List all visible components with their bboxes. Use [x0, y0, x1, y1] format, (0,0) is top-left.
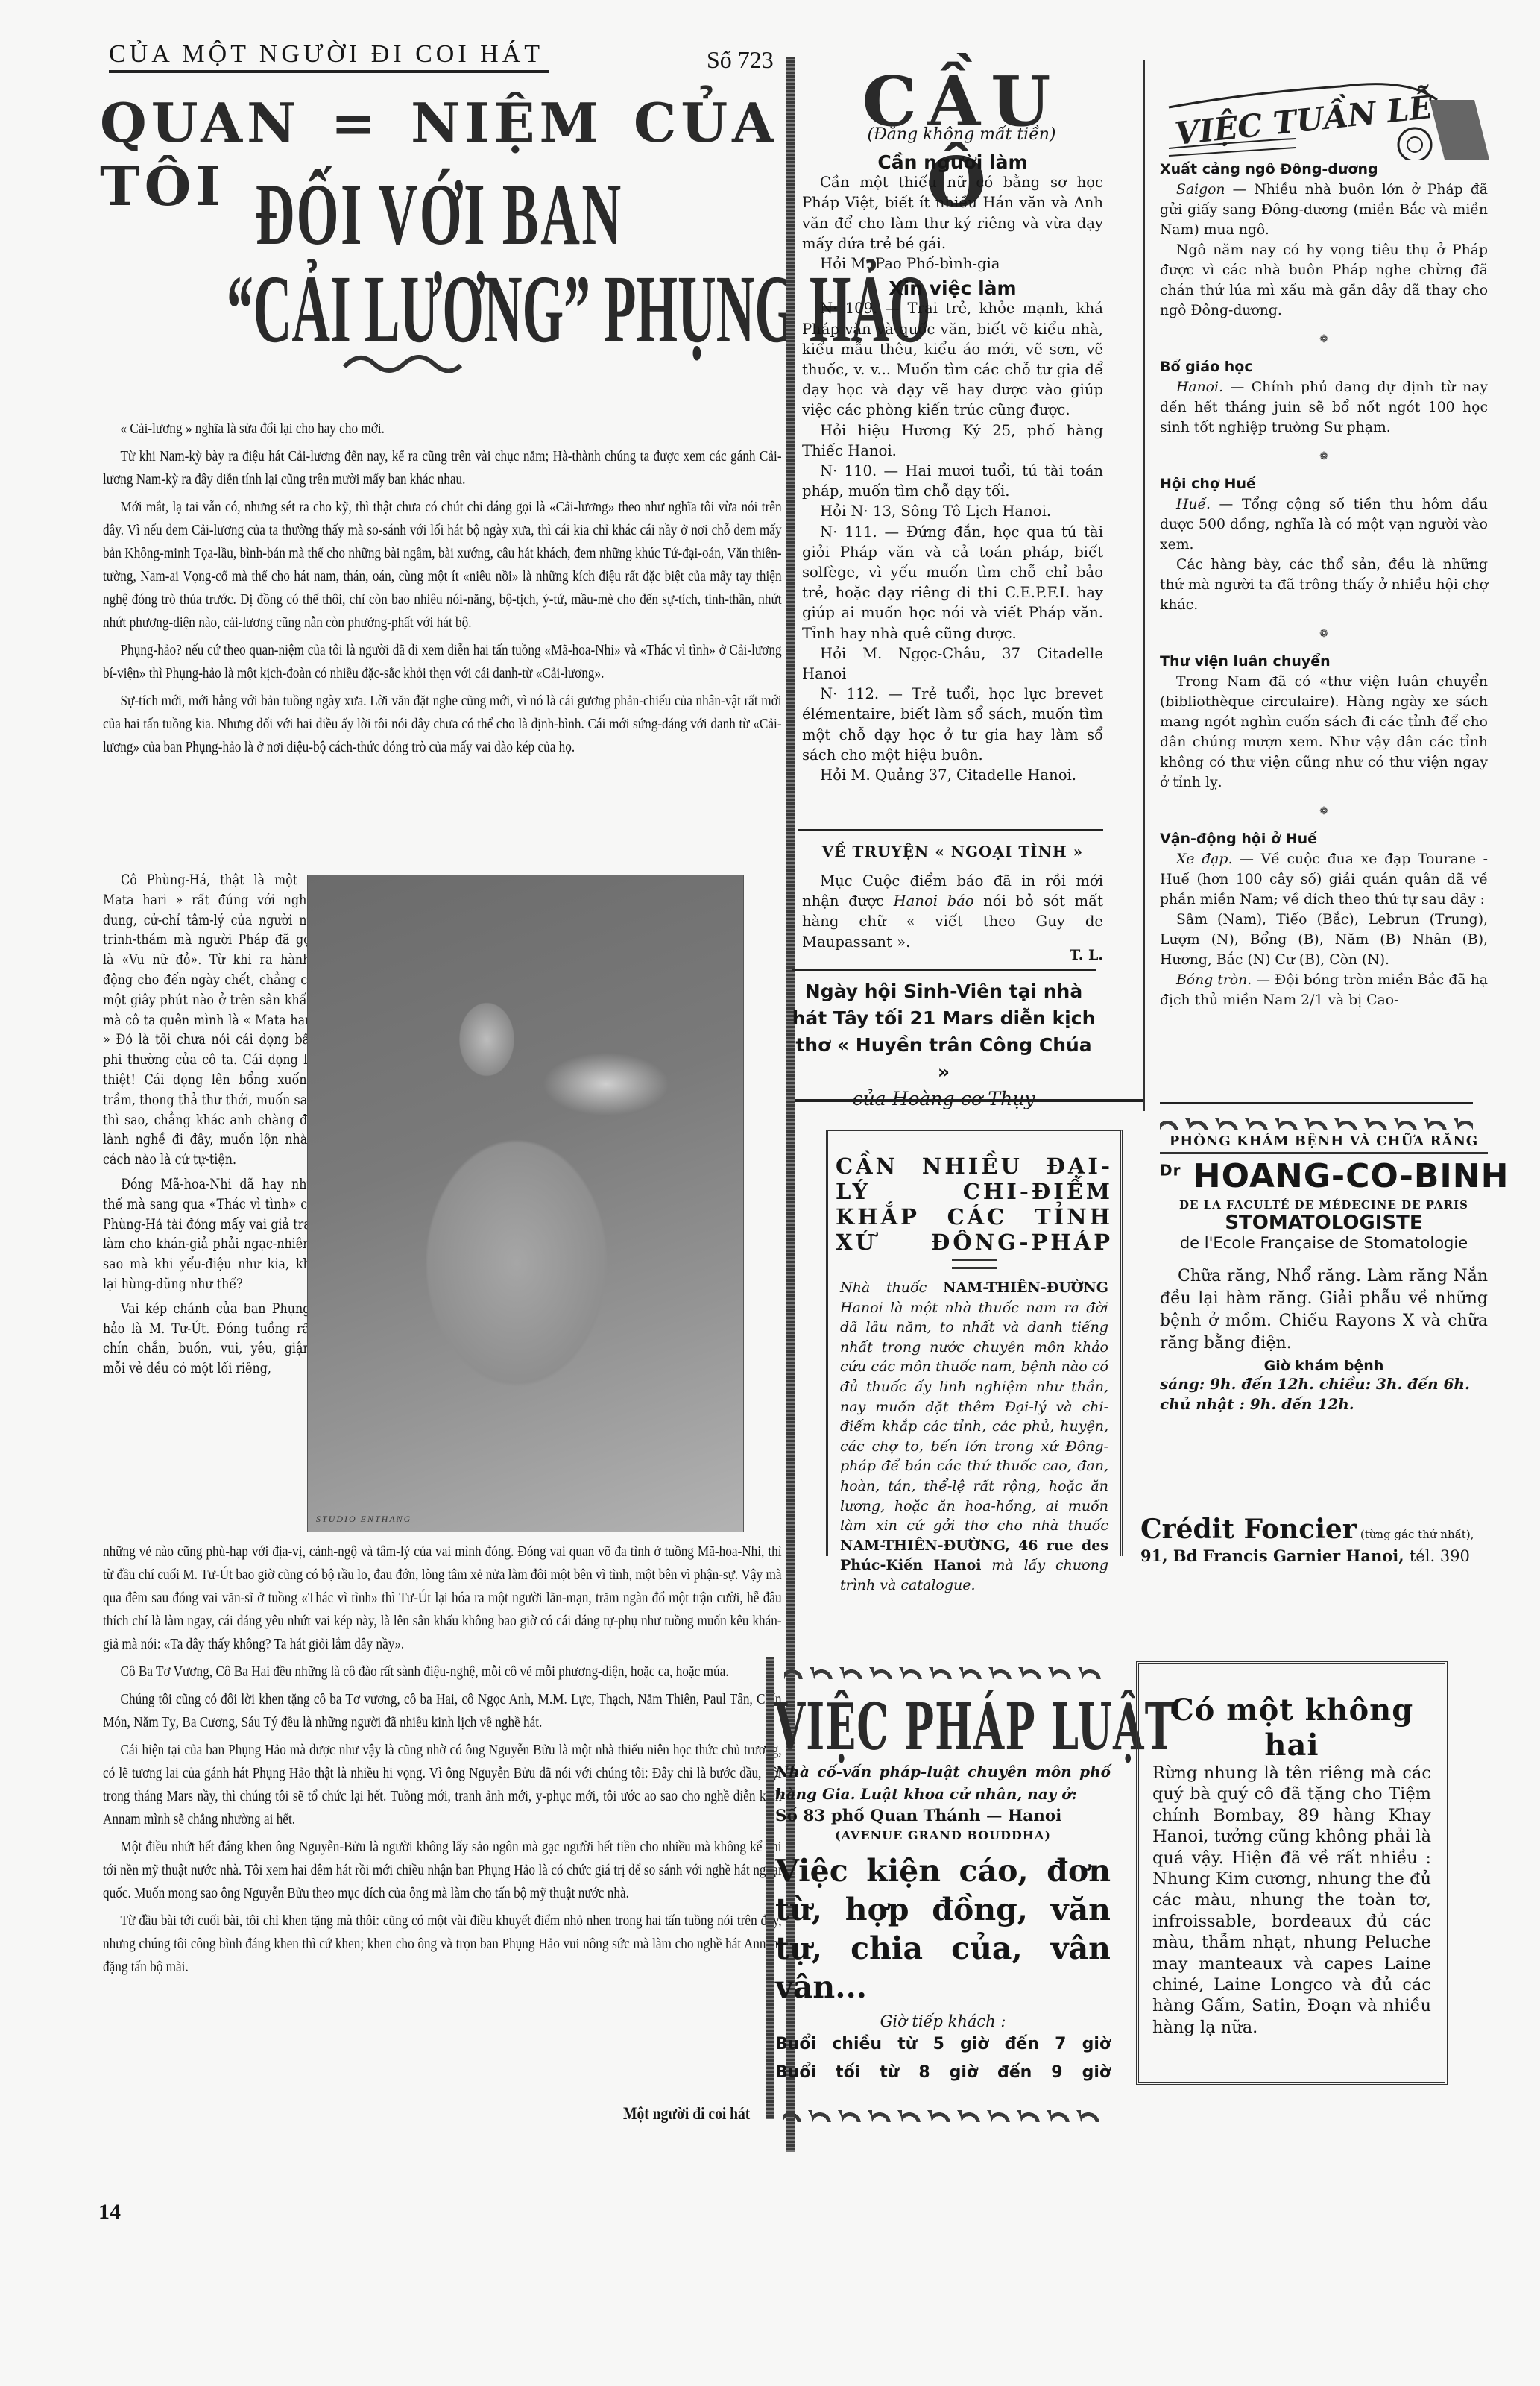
- paragraph: Mới mắt, lạ tai vẫn có, nhưng sét ra cho…: [103, 496, 782, 635]
- classified-item: N· 112. — Trẻ tuổi, học lực brevet éléme…: [802, 684, 1103, 765]
- classified-contact: Hỏi M. Pao Phố-bình-gia: [802, 254, 1103, 274]
- running-head: CỦA MỘT NGƯỜI ĐI COI HÁT: [109, 40, 549, 73]
- news-column: Xuất cảng ngô Đông-dương Saigon — Nhiều …: [1160, 160, 1488, 1010]
- classified-item: N· 111. — Đứng đắn, học qua tú tài giỏi …: [802, 522, 1103, 643]
- doctor-name-text: HOANG-CO-BINH: [1193, 1157, 1509, 1195]
- news-text: Các hàng bày, các thổ sản, đều là những …: [1160, 555, 1488, 615]
- classified-item: N· 109. — Trai trẻ, khỏe mạnh, khá Pháp …: [802, 298, 1103, 420]
- ngay-hoi-text: Ngày hội Sinh-Viên tại nhà hát Tây tối 2…: [792, 978, 1096, 1086]
- headline-line-2: ĐỐI VỚI BAN: [229, 164, 649, 265]
- ngay-hoi-notice: Ngày hội Sinh-Viên tại nhà hát Tây tối 2…: [792, 978, 1096, 1112]
- article-intro: « Cải-lương » nghĩa là sửa đổi lại cho h…: [103, 418, 782, 764]
- ad-border-left: [766, 1657, 774, 2119]
- paragraph: Chúng tôi cũng có đôi lời khen tặng cô b…: [103, 1688, 782, 1734]
- paragraph: « Cải-lương » nghĩa là sửa đổi lại cho h…: [103, 418, 782, 441]
- news-text: Bóng tròn. — Đội bóng tròn miền Bắc đã h…: [1160, 970, 1488, 1010]
- cau-o-subtitle: (Đăng không mất tiền): [835, 125, 1088, 144]
- ad-hours-line: Buổi tối từ 8 giờ đến 9 giờ: [775, 2059, 1111, 2087]
- telephone: tél. 390: [1410, 1547, 1470, 1565]
- wavy-border-bottom: [783, 2110, 1099, 2122]
- paragraph: những vẻ nào cũng phù-hạp với địa-vị, cả…: [103, 1540, 782, 1656]
- bank-note: (từng gác thứ nhất),: [1360, 1528, 1474, 1541]
- bombay-shop-ad: Có một không hai Rừng nhung là tên riêng…: [1136, 1661, 1448, 2085]
- ad-pre-title: PHÒNG KHÁM BỆNH VÀ CHỮA RĂNG: [1160, 1133, 1488, 1154]
- ad-body: Rừng nhung là tên riêng mà các quý bà qu…: [1152, 1763, 1431, 2038]
- news-heading: Hội chợ Huế: [1160, 474, 1488, 494]
- ad-hours-heading: Giờ tiếp khách :: [775, 2012, 1111, 2030]
- classifieds: Cần người làm Cần một thiếu nữ có bằng s…: [802, 152, 1103, 785]
- school: de l'Ecole Française de Stomatologie: [1160, 1234, 1488, 1252]
- news-heading: Xuất cảng ngô Đông-dương: [1160, 160, 1488, 180]
- column-divider: [1143, 60, 1145, 1111]
- phap-luat-ad: VIỆC PHÁP LUẬT Nhà cố-vấn pháp-luật chuy…: [775, 1670, 1111, 2087]
- paragraph: Vai kép chánh của ban Phụng-hảo là M. Tư…: [103, 1300, 315, 1379]
- news-text: Hanoi. — Chính phủ đang dự định từ nay đ…: [1160, 377, 1488, 438]
- banner-text: VIỆC TUẦN LỄ: [1173, 84, 1435, 152]
- divider: [792, 969, 1096, 971]
- viec-tuan-le-banner: VIỆC TUẦN LỄ: [1161, 70, 1512, 160]
- news-text: Ngô năm nay có hy vọng tiêu thụ ở Pháp đ…: [1160, 240, 1488, 321]
- ad-address: Số 83 phố Quan Thánh — Hanoi: [775, 1807, 1111, 1825]
- ad-intro: Nhà cố-vấn pháp-luật chuyên môn phố hàng…: [775, 1760, 1111, 1805]
- issue-number: Số 723: [707, 46, 774, 74]
- page-number: 14: [98, 2200, 121, 2225]
- credit-foncier-address: Crédit Foncier (từng gác thứ nhất), 91, …: [1140, 1514, 1498, 1565]
- paragraph: Cô Ba Tơ Vương, Cô Ba Hai đều những là c…: [103, 1661, 782, 1684]
- hours-line: sáng: 9h. đến 12h. chiều: 3h. đến 6h.: [1160, 1374, 1488, 1394]
- divider: [1160, 1102, 1473, 1104]
- actress-photo: [307, 875, 744, 1532]
- ornament-rule: [952, 1259, 997, 1269]
- divider: [798, 829, 1103, 831]
- classified-text: Cần một thiếu nữ có bằng sơ học Pháp Việ…: [802, 172, 1103, 254]
- ornament-icon: ❁: [1160, 624, 1488, 644]
- ornament-icon: ❁: [1160, 447, 1488, 467]
- divider: [795, 1099, 1145, 1102]
- news-heading: Thư viện luân chuyển: [1160, 652, 1488, 672]
- notice-initials: T. L.: [802, 947, 1103, 963]
- faculty: DE LA FACULTÉ DE MÉDECINE DE PARIS: [1160, 1198, 1488, 1212]
- paragraph: Một điều nhứt hết đáng khen ông Nguyễn-B…: [103, 1836, 782, 1905]
- classified-contact: Hỏi hiệu Hương Ký 25, phố hàng Thiếc Han…: [802, 421, 1103, 461]
- ad-text: Nhà thuốc: [840, 1279, 927, 1296]
- paragraph: Đóng Mã-hoa-Nhi đã hay như thế mà sang q…: [103, 1175, 315, 1295]
- news-text: Trong Nam đã có «thư viện luân chuyển (b…: [1160, 672, 1488, 793]
- ad-title: Có một không hai: [1139, 1693, 1445, 1763]
- clinic-address: 91, Bd Francis Garnier Hanoi, tél. 390: [1140, 1546, 1498, 1565]
- services: Chữa răng, Nhổ răng. Làm răng Nắn đều lạ…: [1160, 1265, 1488, 1355]
- ad-title: VIỆC PHÁP LUẬT: [774, 1690, 1112, 1765]
- paragraph: Cái hiện tại của ban Phụng Hảo mà được n…: [103, 1739, 782, 1831]
- nam-thien-duong-ad: CẦN NHIỀU ĐẠI-LÝ CHI-ĐIẾM KHẮP CÁC TỈNH …: [826, 1130, 1123, 1556]
- specialty: STOMATOLOGISTE: [1160, 1212, 1488, 1234]
- paragraph: Từ đầu bài tới cuối bài, tôi chỉ khen tặ…: [103, 1910, 782, 1979]
- dental-clinic-ad: PHÒNG KHÁM BỆNH VÀ CHỮA RĂNG Dr HOANG-CO…: [1160, 1121, 1488, 1414]
- paragraph: Cô Phùng-Há, thật là một « Mata hari » r…: [103, 871, 315, 1171]
- ad-brand: NAM-THIÊN-ĐƯỜNG: [943, 1279, 1108, 1296]
- news-text: Huế. — Tổng cộng số tiền thu hôm đầu đượ…: [1160, 494, 1488, 555]
- news-text: Xe đạp. — Về cuộc đua xe đạp Tourane - H…: [1160, 849, 1488, 910]
- classified-item: N· 110. — Hai mươi tuổi, tú tài toán phá…: [802, 461, 1103, 501]
- news-heading: Bổ giáo học: [1160, 357, 1488, 377]
- news-text: Saigon — Nhiều nhà buôn lớn ở Pháp đã gử…: [1160, 180, 1488, 240]
- news-heading: Vận-động hội ở Huế: [1160, 829, 1488, 849]
- ad-avenue: (AVENUE GRAND BOUDDHA): [775, 1828, 1111, 1842]
- ad-heading: CẦN NHIỀU ĐẠI-LÝ CHI-ĐIẾM KHẮP CÁC TỈNH …: [836, 1153, 1113, 1255]
- ngoai-tinh-heading: VỀ TRUYỆN « NGOẠI TÌNH »: [802, 843, 1103, 860]
- ad-services: Việc kiện cáo, đơn từ, hợp đồng, văn tự,…: [775, 1851, 1111, 2006]
- notice-italic: Hanoi báo: [894, 893, 974, 910]
- classified-contact: Hỏi N· 13, Sông Tô Lịch Hanoi.: [802, 501, 1103, 521]
- hours-line: chủ nhật : 9h. đến 12h.: [1160, 1394, 1488, 1414]
- paragraph: Sự-tích mới, mới hẳng với bản tuồng ngày…: [103, 690, 782, 759]
- section-heading: Xin việc làm: [802, 278, 1103, 298]
- ad-text: Hanoi là một nhà thuốc nam ra đời đã lâu…: [840, 1300, 1108, 1534]
- classified-contact: Hỏi M. Ngọc-Châu, 37 Citadelle Hanoi: [802, 643, 1103, 684]
- photo-caption: STUDIO ENTHANG: [316, 1514, 411, 1525]
- article-narrow-column: Cô Phùng-Há, thật là một « Mata hari » r…: [103, 871, 315, 1384]
- section-heading: Cần người làm: [802, 152, 1103, 172]
- paragraph: Phụng-hảo? nếu cứ theo quan-niệm của tôi…: [103, 639, 782, 685]
- ad-hours-line: Buổi chiều từ 5 giờ đến 7 giờ: [775, 2030, 1111, 2059]
- article-continuation: những vẻ nào cũng phù-hạp với địa-vị, cả…: [103, 1540, 782, 1983]
- headline-line-3: “CẢI LƯƠNG” PHỤNG HẢO: [227, 254, 653, 365]
- address-text: 91, Bd Francis Garnier Hanoi,: [1140, 1546, 1404, 1565]
- ornament-icon: ❁: [1160, 802, 1488, 822]
- doctor-prefix: Dr: [1160, 1161, 1181, 1179]
- paragraph: Từ khi Nam-kỳ bày ra điệu hát Cải-lương …: [103, 445, 782, 491]
- ngoai-tinh-notice: Mục Cuộc điểm báo đã in rồi mới nhận đượ…: [802, 871, 1103, 952]
- byline-signature: Một người đi coi hát: [623, 2104, 750, 2124]
- bank-name: Crédit Foncier: [1140, 1514, 1357, 1545]
- wave-flourish-icon: [343, 350, 462, 373]
- ornament-icon: ❁: [1160, 330, 1488, 350]
- doctor-name: Dr HOANG-CO-BINH: [1160, 1157, 1488, 1195]
- news-text: Sâm (Nam), Tiếo (Bắc), Lebrun (Trung), L…: [1160, 910, 1488, 970]
- classified-contact: Hỏi M. Quảng 37, Citadelle Hanoi.: [802, 765, 1103, 785]
- hours-heading: Giờ khám bệnh: [1160, 1358, 1488, 1374]
- ad-body: Nhà thuốc NAM-THIÊN-ĐƯỜNG Hanoi là một n…: [840, 1278, 1108, 1596]
